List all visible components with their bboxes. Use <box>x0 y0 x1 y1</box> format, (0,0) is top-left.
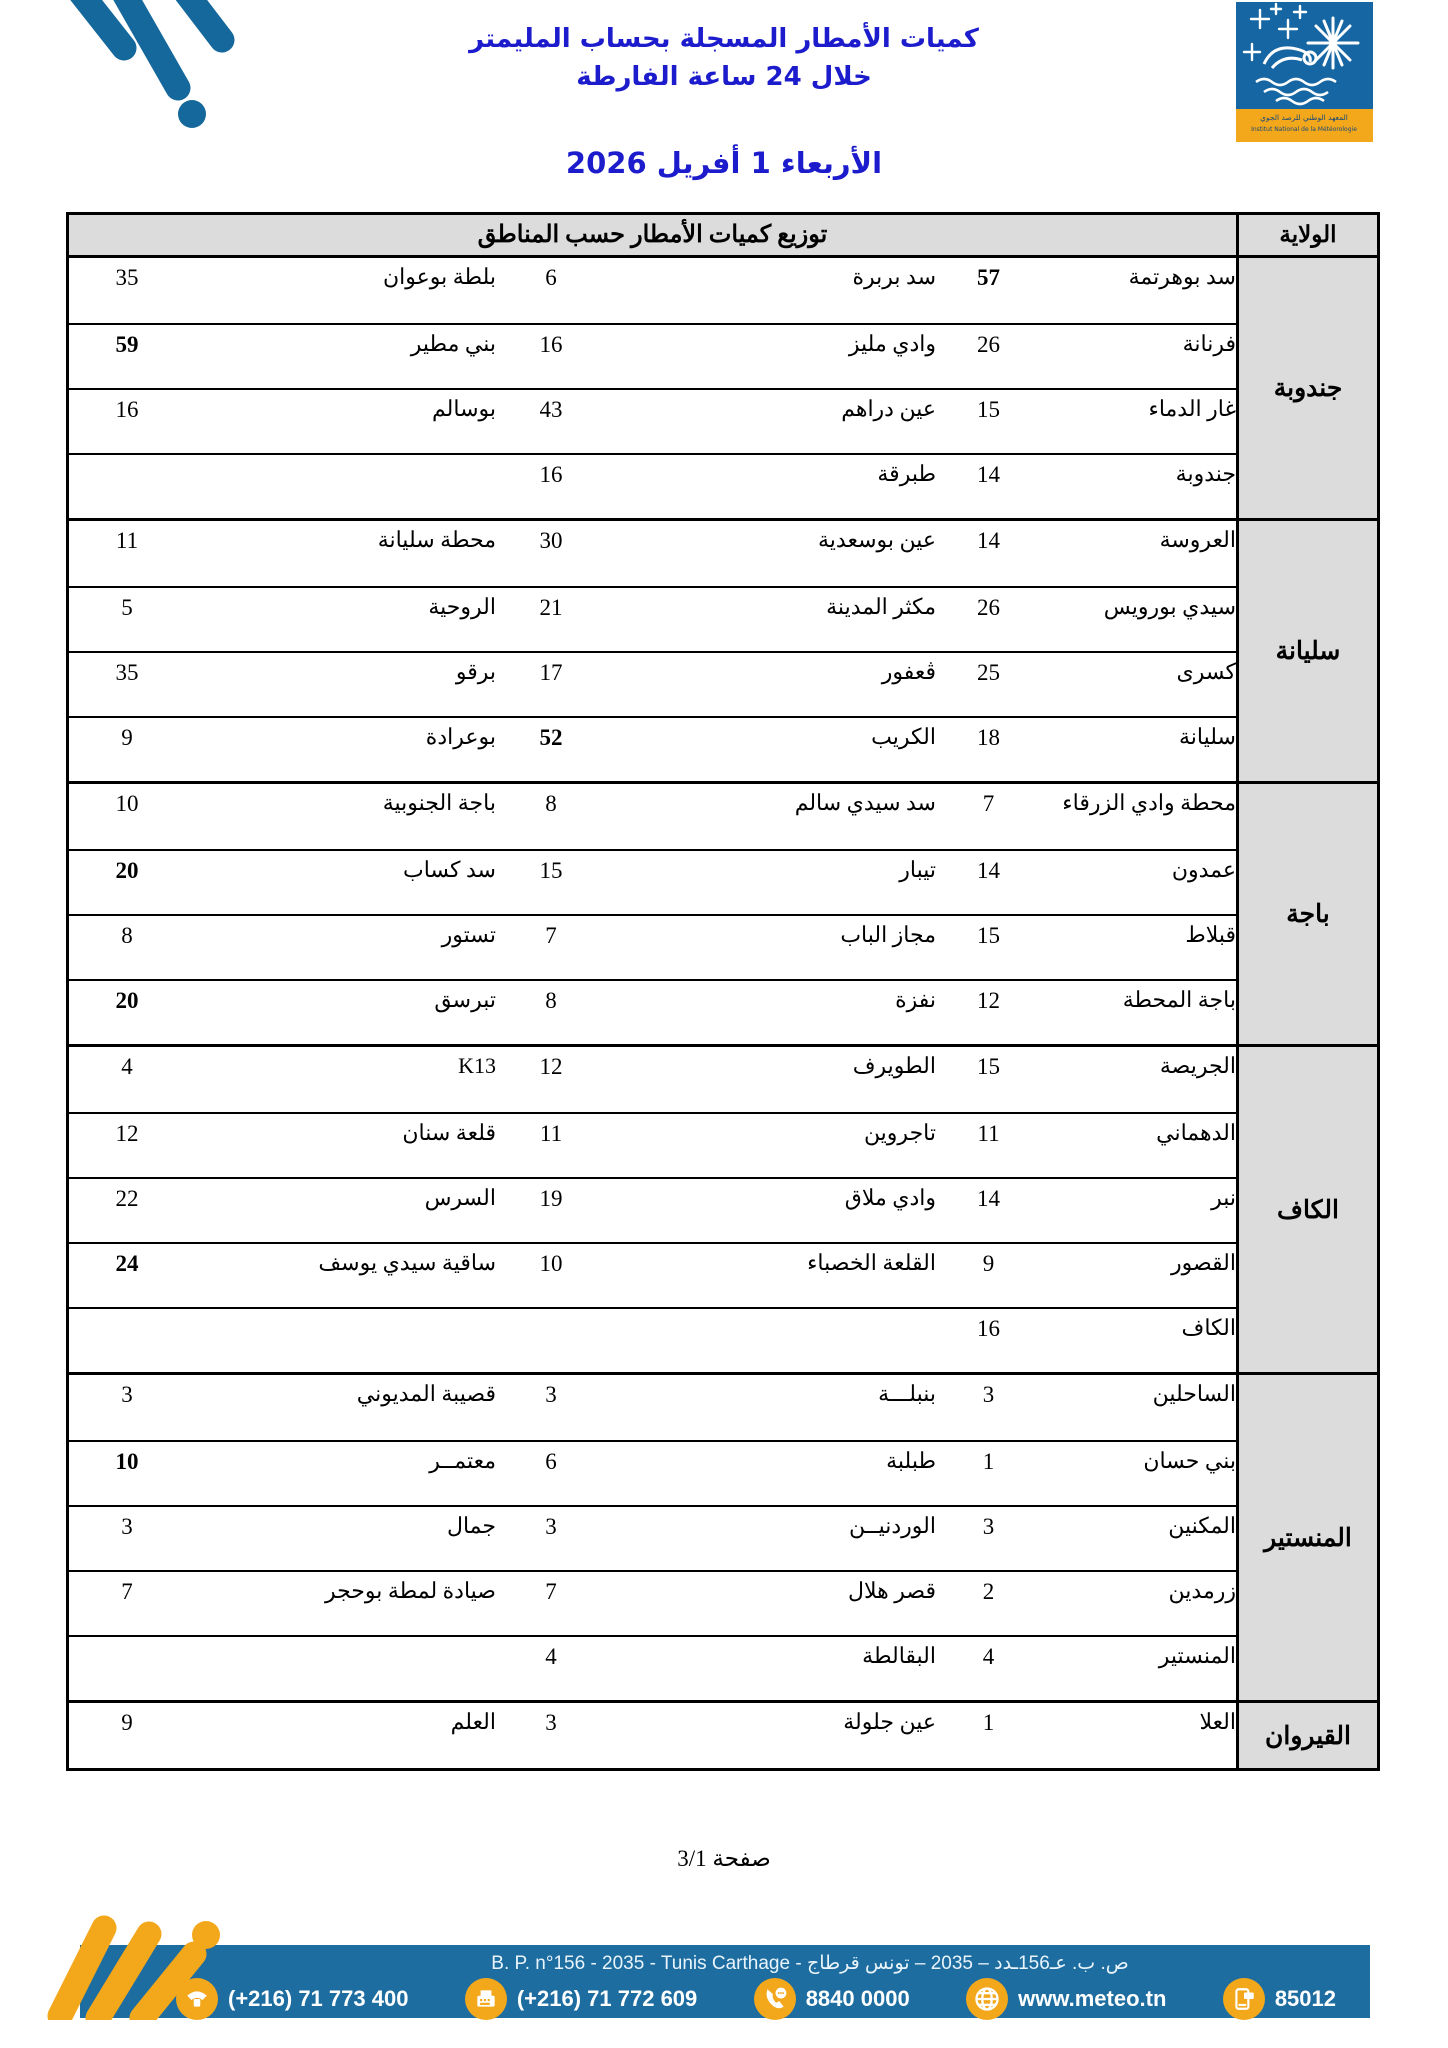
rain-value: 3 <box>74 1375 180 1440</box>
station-name: عين دراهم <box>606 390 936 453</box>
governorate-group: محطة وادي الزرقاء7سد سيدي سالم8باجة الجن… <box>69 781 1377 1044</box>
station-name: قصيبة المديوني <box>180 1375 496 1440</box>
rain-value: 25 <box>936 653 1041 716</box>
station-name: الكاف <box>1041 1309 1236 1372</box>
table-row: غار الدماء15عين دراهم43بوسالم16 <box>69 388 1236 453</box>
table-row: فرنانة26وادي مليز16بني مطير59 <box>69 323 1236 388</box>
rain-value: 20 <box>74 851 180 914</box>
governorate-group: الساحلين3بنبلـــة3قصيبة المديوني3بني حسا… <box>69 1372 1377 1700</box>
distribution-header: توزيع كميات الأمطار حسب المناطق <box>69 215 1236 255</box>
governorate-group: الجريصة15الطويرف12K134الدهماني11تاجروين1… <box>69 1044 1377 1372</box>
table-row: سد بوهرتمة57سد بربرة6بلطة بوعوان35 <box>69 258 1236 323</box>
table-row: سيدي بورويس26مكثر المدينة21الروحية5 <box>69 586 1236 651</box>
table-row: قبلاط15مجاز الباب7تستور8 <box>69 914 1236 979</box>
station-name: عمدون <box>1041 851 1236 914</box>
rain-value: 11 <box>496 1114 606 1177</box>
station-name: المنستير <box>1041 1637 1236 1700</box>
station-name: عين بوسعدية <box>606 521 936 586</box>
rain-value: 7 <box>496 916 606 979</box>
rain-value: 3 <box>74 1507 180 1570</box>
governorate-header: الولاية <box>1236 215 1377 255</box>
rain-value: 19 <box>496 1179 606 1242</box>
station-name: الدهماني <box>1041 1114 1236 1177</box>
rain-value: 3 <box>496 1703 606 1768</box>
table-row: الكاف16 <box>69 1307 1236 1372</box>
station-name: بنبلـــة <box>606 1375 936 1440</box>
table-row: العلا1عين جلولة3العلم9 <box>69 1703 1236 1768</box>
station-name: برقو <box>180 653 496 716</box>
table-row: الدهماني11تاجروين11قلعة سنان12 <box>69 1112 1236 1177</box>
title-line-2: خلال 24 ساعة الفارطة <box>0 58 1448 96</box>
table-row: بني حسان1طبلبة6معتمــر10 <box>69 1440 1236 1505</box>
rain-value: 1 <box>936 1703 1041 1768</box>
rain-value: 9 <box>74 1703 180 1768</box>
rain-value: 9 <box>74 718 180 781</box>
station-name: قلعة سنان <box>180 1114 496 1177</box>
title-line-1: كميات الأمطار المسجلة بحساب المليمتر <box>0 20 1448 58</box>
governorate-cell: باجة <box>1236 784 1377 1044</box>
rain-value: 3 <box>936 1375 1041 1440</box>
station-name <box>606 1309 936 1372</box>
inm-caption-fr: Institut National de la Météorologie <box>1251 126 1357 133</box>
rain-value: 24 <box>74 1244 180 1307</box>
rain-value: 57 <box>936 258 1041 323</box>
station-name: محطة سليانة <box>180 521 496 586</box>
station-name: جمال <box>180 1507 496 1570</box>
table-header-row: توزيع كميات الأمطار حسب المناطق الولاية <box>69 215 1377 258</box>
table-row: باجة المحطة12نفزة8تبرسق20 <box>69 979 1236 1044</box>
table-row: الساحلين3بنبلـــة3قصيبة المديوني3 <box>69 1375 1236 1440</box>
station-name: القصور <box>1041 1244 1236 1307</box>
table-row: العروسة14عين بوسعدية30محطة سليانة11 <box>69 521 1236 586</box>
station-name: K13 <box>180 1047 496 1112</box>
contact-text: www.meteo.tn <box>1018 1986 1166 2012</box>
table-row: عمدون14تيبار15سد كساب20 <box>69 849 1236 914</box>
governorate-cell: جندوبة <box>1236 258 1377 518</box>
table-body: سد بوهرتمة57سد بربرة6بلطة بوعوان35فرنانة… <box>69 258 1377 1768</box>
rain-value: 35 <box>74 653 180 716</box>
table-row: كسرى25ڤعفور17برقو35 <box>69 651 1236 716</box>
station-name: جندوبة <box>1041 455 1236 518</box>
contact-item: www.meteo.tn <box>966 1978 1166 2020</box>
governorate-cell: الكاف <box>1236 1047 1377 1372</box>
inm-logo-icon: المعهد الوطني للرصد الجوي Institut Natio… <box>1236 2 1373 142</box>
governorate-group: سد بوهرتمة57سد بربرة6بلطة بوعوان35فرنانة… <box>69 258 1377 518</box>
station-name: تاجروين <box>606 1114 936 1177</box>
contact-item: 8840 0000 <box>754 1978 910 2020</box>
footer-contact-items: (+216) 71 773 400(+216) 71 772 6098840 0… <box>176 1978 1336 2020</box>
station-name: ڤعفور <box>606 653 936 716</box>
rain-value: 10 <box>74 1442 180 1505</box>
station-name: بوعرادة <box>180 718 496 781</box>
contact-text: 85012 <box>1275 1986 1336 2012</box>
station-name: العلم <box>180 1703 496 1768</box>
rain-value: 12 <box>74 1114 180 1177</box>
rain-value: 8 <box>74 916 180 979</box>
rain-value: 22 <box>74 1179 180 1242</box>
rain-value: 12 <box>936 981 1041 1044</box>
rain-value: 2 <box>936 1572 1041 1635</box>
footer-contact-bar: B. P. n°156 - 2035 - Tunis Carthage - ص.… <box>80 1945 1370 2018</box>
station-name: البقالطة <box>606 1637 936 1700</box>
station-name: سد بوهرتمة <box>1041 258 1236 323</box>
rain-value <box>74 455 180 518</box>
rain-value: 4 <box>936 1637 1041 1700</box>
contact-item: (+216) 71 772 609 <box>465 1978 697 2020</box>
contact-text: 8840 0000 <box>806 1986 910 2012</box>
station-name: تبرسق <box>180 981 496 1044</box>
inm-logo: المعهد الوطني للرصد الجوي Institut Natio… <box>1236 2 1373 147</box>
rain-value <box>496 1309 606 1372</box>
station-name: غار الدماء <box>1041 390 1236 453</box>
globe-icon <box>966 1978 1008 2020</box>
station-name: الروحية <box>180 588 496 651</box>
rain-value: 7 <box>936 784 1041 849</box>
rain-value: 8 <box>496 981 606 1044</box>
footer-streaks-icon <box>46 1910 256 2025</box>
station-name: ساقية سيدي يوسف <box>180 1244 496 1307</box>
rain-value: 6 <box>496 1442 606 1505</box>
contact-text: (+216) 71 772 609 <box>517 1986 697 2012</box>
station-name: بلطة بوعوان <box>180 258 496 323</box>
station-name: وادي ملاق <box>606 1179 936 1242</box>
station-name: القلعة الخصباء <box>606 1244 936 1307</box>
station-name: عين جلولة <box>606 1703 936 1768</box>
governorate-group: العلا1عين جلولة3العلم9القيروان <box>69 1700 1377 1768</box>
station-name: سد كساب <box>180 851 496 914</box>
governorate-group: العروسة14عين بوسعدية30محطة سليانة11سيدي … <box>69 518 1377 781</box>
rain-value: 14 <box>936 521 1041 586</box>
rain-value: 11 <box>74 521 180 586</box>
report-title: كميات الأمطار المسجلة بحساب المليمتر خلا… <box>0 20 1448 96</box>
rain-value: 15 <box>936 1047 1041 1112</box>
station-name: بني حسان <box>1041 1442 1236 1505</box>
rain-value: 43 <box>496 390 606 453</box>
station-name: سليانة <box>1041 718 1236 781</box>
scanned-rainfall-bulletin-page: كميات الأمطار المسجلة بحساب المليمتر خلا… <box>0 0 1448 2048</box>
rain-value: 3 <box>496 1507 606 1570</box>
rain-value: 10 <box>74 784 180 849</box>
rain-value: 4 <box>74 1047 180 1112</box>
station-name: طبرقة <box>606 455 936 518</box>
station-name: طبلبة <box>606 1442 936 1505</box>
rain-value: 12 <box>496 1047 606 1112</box>
rain-value: 26 <box>936 588 1041 651</box>
station-name: سد سيدي سالم <box>606 784 936 849</box>
rain-value: 9 <box>936 1244 1041 1307</box>
rain-value: 8 <box>496 784 606 849</box>
governorate-cell: القيروان <box>1236 1703 1377 1768</box>
rainfall-table: توزيع كميات الأمطار حسب المناطق الولاية … <box>66 212 1380 1771</box>
contact-item: 85012 <box>1223 1978 1336 2020</box>
station-name: العروسة <box>1041 521 1236 586</box>
rain-value: 21 <box>496 588 606 651</box>
station-name: تيبار <box>606 851 936 914</box>
rain-value: 26 <box>936 325 1041 388</box>
station-name: مكثر المدينة <box>606 588 936 651</box>
station-name: الوردنيــن <box>606 1507 936 1570</box>
station-name <box>180 1309 496 1372</box>
table-row: القصور9القلعة الخصباء10ساقية سيدي يوسف24 <box>69 1242 1236 1307</box>
station-name: صيادة لمطة بوحجر <box>180 1572 496 1635</box>
rain-value: 16 <box>496 325 606 388</box>
governorate-cell: سليانة <box>1236 521 1377 781</box>
rain-value: 14 <box>936 1179 1041 1242</box>
station-name: معتمــر <box>180 1442 496 1505</box>
station-name: تستور <box>180 916 496 979</box>
table-row: نبر14وادي ملاق19السرس22 <box>69 1177 1236 1242</box>
station-name: الجريصة <box>1041 1047 1236 1112</box>
rain-value: 5 <box>74 588 180 651</box>
station-name: بني مطير <box>180 325 496 388</box>
station-name <box>180 1637 496 1700</box>
rain-value: 3 <box>496 1375 606 1440</box>
rain-value: 14 <box>936 851 1041 914</box>
station-name <box>180 455 496 518</box>
rain-value: 16 <box>496 455 606 518</box>
rain-value: 16 <box>74 390 180 453</box>
rain-value: 1 <box>936 1442 1041 1505</box>
station-name: مجاز الباب <box>606 916 936 979</box>
station-name: بوسالم <box>180 390 496 453</box>
station-name: زرمدين <box>1041 1572 1236 1635</box>
rain-value: 20 <box>74 981 180 1044</box>
table-row: المنستير4البقالطة4 <box>69 1635 1236 1700</box>
rain-value: 16 <box>936 1309 1041 1372</box>
station-name: قبلاط <box>1041 916 1236 979</box>
fax-icon <box>465 1978 507 2020</box>
station-name: العلا <box>1041 1703 1236 1768</box>
station-name: كسرى <box>1041 653 1236 716</box>
rain-value: 17 <box>496 653 606 716</box>
page-number: صفحة 3/1 <box>0 1846 1448 1872</box>
station-name: قصر هلال <box>606 1572 936 1635</box>
rain-value: 7 <box>496 1572 606 1635</box>
table-row: سليانة18الكريب52بوعرادة9 <box>69 716 1236 781</box>
rain-value: 3 <box>936 1507 1041 1570</box>
rain-value: 15 <box>496 851 606 914</box>
station-name: باجة المحطة <box>1041 981 1236 1044</box>
rain-value: 52 <box>496 718 606 781</box>
sms-icon <box>1223 1978 1265 2020</box>
station-name: نفزة <box>606 981 936 1044</box>
rain-value: 7 <box>74 1572 180 1635</box>
station-name: وادي مليز <box>606 325 936 388</box>
station-name: فرنانة <box>1041 325 1236 388</box>
station-name: المكنين <box>1041 1507 1236 1570</box>
station-name: محطة وادي الزرقاء <box>1041 784 1236 849</box>
table-row: الجريصة15الطويرف12K134 <box>69 1047 1236 1112</box>
rain-value: 30 <box>496 521 606 586</box>
inm-caption-ar: المعهد الوطني للرصد الجوي <box>1260 113 1348 122</box>
table-row: زرمدين2قصر هلال7صيادة لمطة بوحجر7 <box>69 1570 1236 1635</box>
rain-value: 15 <box>936 916 1041 979</box>
rain-value: 6 <box>496 258 606 323</box>
rain-value: 4 <box>496 1637 606 1700</box>
station-name: نبر <box>1041 1179 1236 1242</box>
call-center-icon <box>754 1978 796 2020</box>
station-name: الكريب <box>606 718 936 781</box>
station-name: الطويرف <box>606 1047 936 1112</box>
footer-address: B. P. n°156 - 2035 - Tunis Carthage - ص.… <box>80 1945 1370 1975</box>
report-date: الأربعاء 1 أفريل 2026 <box>0 146 1448 180</box>
rain-value <box>74 1637 180 1700</box>
station-name: السرس <box>180 1179 496 1242</box>
rain-value: 14 <box>936 455 1041 518</box>
governorate-cell: المنستير <box>1236 1375 1377 1700</box>
station-name: باجة الجنوبية <box>180 784 496 849</box>
table-row: جندوبة14طبرقة16 <box>69 453 1236 518</box>
rain-value: 18 <box>936 718 1041 781</box>
rain-value: 10 <box>496 1244 606 1307</box>
rain-value: 11 <box>936 1114 1041 1177</box>
table-row: المكنين3الوردنيــن3جمال3 <box>69 1505 1236 1570</box>
rain-value: 15 <box>936 390 1041 453</box>
station-name: سد بربرة <box>606 258 936 323</box>
rain-value: 35 <box>74 258 180 323</box>
table-row: محطة وادي الزرقاء7سد سيدي سالم8باجة الجن… <box>69 784 1236 849</box>
rain-value: 59 <box>74 325 180 388</box>
rain-value <box>74 1309 180 1372</box>
station-name: سيدي بورويس <box>1041 588 1236 651</box>
station-name: الساحلين <box>1041 1375 1236 1440</box>
